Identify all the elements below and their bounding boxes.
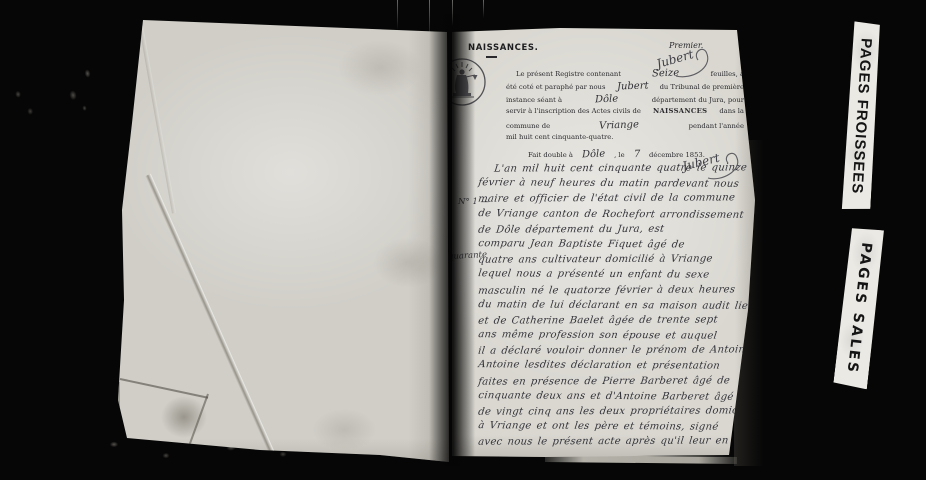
condition-label-text: PAGES FROISSEES bbox=[848, 37, 875, 194]
heading-underline bbox=[486, 56, 497, 58]
crease-line bbox=[139, 26, 176, 214]
printed-text: , le bbox=[614, 151, 625, 159]
printed-text: été coté et paraphé par nous bbox=[506, 83, 605, 91]
fold-line bbox=[118, 382, 120, 442]
printed-text: mil huit cent cinquante-quatre. bbox=[506, 133, 613, 141]
act-text-line: avec nous le présent acte après qu'il le… bbox=[477, 436, 747, 453]
printed-text: commune de bbox=[506, 122, 550, 130]
form-line: mil huit cent cinquante-quatre. bbox=[506, 133, 744, 146]
condition-label-pages-froissees: PAGES FROISSEES bbox=[841, 21, 881, 210]
act-text-line: maire et officier de l'état civil de la … bbox=[477, 193, 747, 210]
film-scratch bbox=[483, 0, 484, 18]
act-text-line: et de Catherine Baelet âgée de trente se… bbox=[477, 314, 747, 331]
handwritten-text: Vriange bbox=[599, 119, 639, 131]
handwritten-text: Dôle bbox=[595, 94, 619, 106]
printed-text: servir à l'inscription des Actes civils … bbox=[506, 107, 641, 115]
ink-smudge bbox=[161, 396, 207, 438]
printed-text: département du Jura, pour bbox=[652, 96, 744, 104]
left-blank-page bbox=[95, 14, 451, 466]
form-line: été coté et paraphé par nousJubertdu Tri… bbox=[506, 81, 744, 94]
form-line: instance séant àDôledépartement du Jura,… bbox=[506, 94, 744, 107]
act-text-line: faites en présence de Pierre Barberet âg… bbox=[477, 375, 747, 392]
act-text-line: Antoine lesdites déclaration et présenta… bbox=[477, 360, 747, 377]
form-line: servir à l'inscription des Actes civils … bbox=[506, 107, 744, 120]
act-text-line: du matin de lui déclarant en sa maison a… bbox=[477, 299, 747, 316]
right-register-page: NAISSANCES. Premier. Jubert Le présent R… bbox=[448, 26, 760, 466]
film-scratch bbox=[397, 0, 398, 30]
act-text-line: de Vriange canton de Rochefort arrondiss… bbox=[477, 208, 747, 225]
handwritten-text: Jubert bbox=[617, 80, 649, 92]
printed-text: du Tribunal de première bbox=[660, 83, 744, 91]
act-text-line: cinquante deux ans et d'Antoine Barberet… bbox=[477, 390, 747, 407]
act-text-line: de Dôle département du Jura, est bbox=[477, 223, 747, 240]
film-scratch bbox=[452, 0, 453, 26]
condition-label-pages-sales: PAGES SALES bbox=[833, 227, 885, 390]
birth-act-body: L'an mil huit cent cinquante quatre le q… bbox=[478, 163, 746, 452]
register-certification-form: Le présent Registre contenantSeizefeuill… bbox=[506, 68, 744, 162]
act-text-line: de vingt cinq ans les deux propriétaires… bbox=[477, 405, 747, 422]
book-gutter-shadow bbox=[429, 14, 475, 466]
printed-bold-text: NAISSANCES bbox=[653, 107, 707, 115]
microfilm-photo-canvas: { "colors": { "background": "#060606", "… bbox=[0, 0, 926, 480]
printed-text: Le présent Registre contenant bbox=[516, 70, 621, 78]
printed-text: dans la bbox=[719, 107, 744, 115]
handwritten-text: Dôle bbox=[582, 149, 606, 161]
signature-flourish bbox=[706, 150, 746, 182]
condition-label-text: PAGES SALES bbox=[844, 241, 875, 375]
register-heading: NAISSANCES. bbox=[468, 43, 538, 53]
printed-text: Fait double à bbox=[528, 151, 573, 159]
act-text-line: lequel nous a présenté un enfant du sexe bbox=[477, 268, 747, 285]
torn-paper-frays bbox=[0, 60, 147, 133]
act-text-line: masculin né le quatorze février à deux h… bbox=[477, 284, 747, 301]
form-line: commune deVriangependant l'année bbox=[506, 120, 744, 133]
printed-text: instance séant à bbox=[506, 96, 562, 104]
act-text-line: comparu Jean Baptiste Fiquet âgé de bbox=[477, 238, 747, 255]
printed-text: pendant l'année bbox=[689, 122, 744, 130]
handwritten-text: 7 bbox=[633, 149, 640, 160]
signature-flourish bbox=[674, 46, 716, 80]
film-scratch bbox=[429, 0, 430, 42]
